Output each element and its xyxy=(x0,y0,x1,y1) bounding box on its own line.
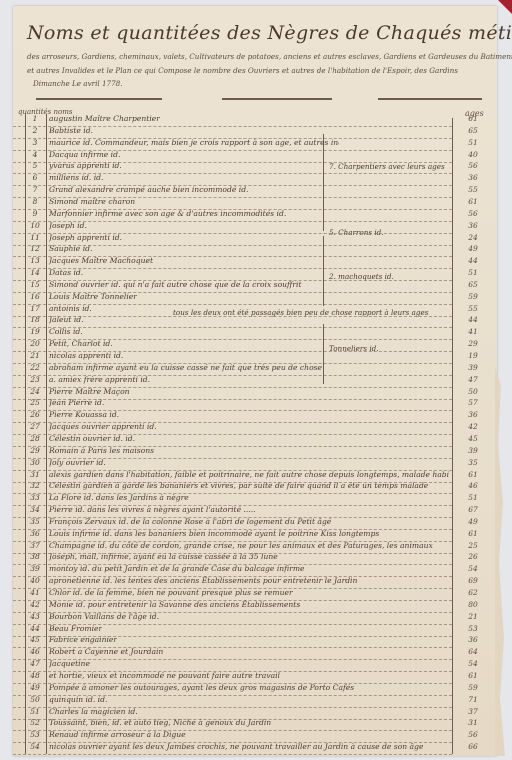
row-number: 20 xyxy=(25,339,45,348)
row-name: Louis infirme id. dans les bananiers bie… xyxy=(49,529,379,538)
row-name: quinquin id. id. xyxy=(49,695,107,704)
row-name: Robert a Cayenne et Jourdain xyxy=(49,647,163,656)
row-age: 47 xyxy=(458,375,488,384)
row-name: Louis Maître Tonnelier xyxy=(49,292,137,301)
row-name: maurice id. Commandeur, mais bien je cro… xyxy=(49,138,339,147)
row-age: 69 xyxy=(458,576,488,585)
header-rule-center xyxy=(222,98,332,100)
subtitle-line-1: des arroseurs, Gardiens, cheminaux, vale… xyxy=(27,52,512,61)
row-number: 32 xyxy=(25,481,45,490)
row-age: 61 xyxy=(458,529,488,538)
row-name: apronetienne id. les tentes des anciens … xyxy=(49,576,357,585)
row-number: 52 xyxy=(25,718,45,727)
row-number: 28 xyxy=(25,434,45,443)
row-number: 13 xyxy=(25,256,45,265)
row-number: 7 xyxy=(25,185,45,194)
row-name: François Zervaux id. de la colonne Rose … xyxy=(49,517,331,526)
row-number: 8 xyxy=(25,197,45,206)
row-age: 57 xyxy=(458,398,488,407)
row-age: 67 xyxy=(458,505,488,514)
row-name: Simond maître charon xyxy=(49,197,135,206)
manuscript-page: Noms et quantitées des Nègres de Chaqués… xyxy=(13,6,497,756)
row-number: 54 xyxy=(25,742,45,751)
row-name: montoy id. du petit Jardin et de la gran… xyxy=(49,564,305,573)
row-name: Petit, Charlot id. xyxy=(49,339,113,348)
row-number: 18 xyxy=(25,315,45,324)
row-name: Joly ouvrier id. xyxy=(49,458,106,467)
row-name: Sauphie id. xyxy=(49,244,92,253)
row-age: 36 xyxy=(458,173,488,182)
row-name: Datas id. xyxy=(49,268,83,277)
row-number: 50 xyxy=(25,695,45,704)
row-number: 9 xyxy=(25,209,45,218)
row-age: 51 xyxy=(458,493,488,502)
row-number: 6 xyxy=(25,173,45,182)
row-age: 53 xyxy=(458,624,488,633)
row-number: 27 xyxy=(25,422,45,431)
row-age: 31 xyxy=(458,718,488,727)
row-name: Romain à Paris les maisons xyxy=(49,446,154,455)
row-name: Beau Fromier xyxy=(49,624,102,633)
row-number: 45 xyxy=(25,635,45,644)
row-age: 71 xyxy=(458,695,488,704)
row-number: 47 xyxy=(25,659,45,668)
row-name: nicolas apprenti id. xyxy=(49,351,123,360)
row-number: 42 xyxy=(25,600,45,609)
row-name: Fabrice engainier xyxy=(49,635,117,644)
row-name: Jacquetine xyxy=(49,659,90,668)
row-number: 34 xyxy=(25,505,45,514)
row-age: 26 xyxy=(458,552,488,561)
row-number: 41 xyxy=(25,588,45,597)
row-age: 62 xyxy=(458,588,488,597)
row-number: 16 xyxy=(25,292,45,301)
row-name: Célestin ouvrier id. id. xyxy=(49,434,135,443)
row-age: 59 xyxy=(458,292,488,301)
row-age: 19 xyxy=(458,351,488,360)
row-number: 31 xyxy=(25,470,45,479)
row-number: 2 xyxy=(25,126,45,135)
document-title: Noms et quantitées des Nègres de Chaqués… xyxy=(27,22,497,44)
row-age: 61 xyxy=(458,671,488,680)
row-age: 39 xyxy=(458,446,488,455)
row-number: 29 xyxy=(25,446,45,455)
row-age: 80 xyxy=(458,600,488,609)
row-age: 49 xyxy=(458,517,488,526)
row-name: Renaud infirme arroseur à la Digue xyxy=(49,730,186,739)
row-age: 41 xyxy=(458,327,488,336)
row-age: 56 xyxy=(458,161,488,170)
row-number: 48 xyxy=(25,671,45,680)
row-age: 39 xyxy=(458,363,488,372)
row-name: Joseph id. xyxy=(49,221,87,230)
row-number: 44 xyxy=(25,624,45,633)
row-number: 1 xyxy=(25,114,45,123)
row-age: 64 xyxy=(458,647,488,656)
row-number: 22 xyxy=(25,363,45,372)
row-number: 12 xyxy=(25,244,45,253)
row-age: 51 xyxy=(458,268,488,277)
row-age: 21 xyxy=(458,612,488,621)
row-name: abraham infirme ayant eu la cuisse cassé… xyxy=(49,363,322,372)
table-row: 54nicolas ouvrier ayant les deux Jambes … xyxy=(13,740,452,755)
row-name: Dacqua infirme id. xyxy=(49,150,120,159)
row-number: 37 xyxy=(25,541,45,550)
row-age: 36 xyxy=(458,221,488,230)
header-rule-right xyxy=(378,98,482,100)
row-number: 49 xyxy=(25,683,45,692)
row-name: Joseph apprenti id. xyxy=(49,233,122,242)
row-name: antoinis id. xyxy=(49,304,92,313)
row-age: 65 xyxy=(458,126,488,135)
row-number: 4 xyxy=(25,150,45,159)
row-number: 39 xyxy=(25,564,45,573)
row-age: 61 xyxy=(458,197,488,206)
row-name: et hortie, vieux et incommodé ne pouvant… xyxy=(49,671,280,680)
row-number: 24 xyxy=(25,387,45,396)
row-number: 30 xyxy=(25,458,45,467)
row-number: 26 xyxy=(25,410,45,419)
row-age: 40 xyxy=(458,150,488,159)
row-age: 54 xyxy=(458,659,488,668)
row-age: 25 xyxy=(458,541,488,550)
row-age: 35 xyxy=(458,458,488,467)
row-name: Marfonnier infirme avec son age & d'autr… xyxy=(49,209,286,218)
row-name: nicolas ouvrier ayant les deux Jambes cr… xyxy=(49,742,423,751)
row-age: 66 xyxy=(458,742,488,751)
row-number: 19 xyxy=(25,327,45,336)
row-age: 65 xyxy=(458,280,488,289)
row-number: 11 xyxy=(25,233,45,242)
row-age: 44 xyxy=(458,256,488,265)
row-name: Pierre id. dans les vivres à nègres ayan… xyxy=(49,505,256,514)
row-name: Joseph, mall, infirme, ayant eu la cuiss… xyxy=(49,552,278,561)
row-age: 42 xyxy=(458,422,488,431)
row-name: La Flore id. dans les Jardins à nègre xyxy=(49,493,189,502)
row-number: 35 xyxy=(25,517,45,526)
row-number: 14 xyxy=(25,268,45,277)
row-name: Jaleut id. xyxy=(49,315,84,324)
row-name: Célestin gardien à gardé les bananiers e… xyxy=(49,481,428,490)
row-name: Pompée à amoner les outourages, ayant le… xyxy=(49,683,354,692)
row-age: 59 xyxy=(458,683,488,692)
row-number: 17 xyxy=(25,304,45,313)
row-number: 3 xyxy=(25,138,45,147)
row-age: 49 xyxy=(458,244,488,253)
row-number: 10 xyxy=(25,221,45,230)
row-age: 61 xyxy=(458,114,488,123)
row-age: 36 xyxy=(458,410,488,419)
row-name: Jean Pierre id. xyxy=(49,398,104,407)
row-age: 24 xyxy=(458,233,488,242)
row-name: Chlor id. de la femme, bien ne pouvant p… xyxy=(49,588,293,597)
row-age: 45 xyxy=(458,434,488,443)
row-name: Babtiste id. xyxy=(49,126,93,135)
row-name: Pierre Maître Maçon xyxy=(49,387,130,396)
row-name: Grand alexandre crampé auche bien incomm… xyxy=(49,185,248,194)
row-number: 36 xyxy=(25,529,45,538)
row-number: 38 xyxy=(25,552,45,561)
row-name: a. amiex frère apprenti id. xyxy=(49,375,150,384)
row-number: 40 xyxy=(25,576,45,585)
row-number: 43 xyxy=(25,612,45,621)
row-name: Jacques ouvrier apprenti id. xyxy=(49,422,157,431)
row-number: 46 xyxy=(25,647,45,656)
row-name: Monie id. pour entretenir la Savanne des… xyxy=(49,600,300,609)
row-number: 5 xyxy=(25,161,45,170)
row-number: 33 xyxy=(25,493,45,502)
row-name: Champagne id. du côté de cordon, grande … xyxy=(49,541,433,550)
row-name: Toussaint, bien, id. et auto tieg, Niche… xyxy=(49,718,271,727)
row-name: Charles la magicien id. xyxy=(49,707,138,716)
folder-corner xyxy=(498,0,512,14)
row-age: 61 xyxy=(458,470,488,479)
row-name: Pierre Kouassa id. xyxy=(49,410,119,419)
row-number: 51 xyxy=(25,707,45,716)
row-age: 55 xyxy=(458,185,488,194)
row-name: Bourbon Vaillans de l'âge id. xyxy=(49,612,159,621)
row-age: 56 xyxy=(458,209,488,218)
row-number: 21 xyxy=(25,351,45,360)
row-name: yvarus apprenti id. xyxy=(49,161,122,170)
row-name: alexis gardien dans l'habitation, faible… xyxy=(49,470,449,479)
row-number: 25 xyxy=(25,398,45,407)
row-age: 46 xyxy=(458,481,488,490)
row-age: 51 xyxy=(458,138,488,147)
row-number: 23 xyxy=(25,375,45,384)
row-number: 15 xyxy=(25,280,45,289)
row-age: 56 xyxy=(458,730,488,739)
row-age: 37 xyxy=(458,707,488,716)
header-rule-left xyxy=(36,98,162,100)
row-age: 54 xyxy=(458,564,488,573)
age-column-rule xyxy=(452,118,453,754)
row-number: 53 xyxy=(25,730,45,739)
row-name: Simond ouvrier id. qui n'a fait autre ch… xyxy=(49,280,302,289)
row-name: milliens id. id. xyxy=(49,173,103,182)
row-name: augustin Maître Charpentier xyxy=(49,114,160,123)
subtitle-line-3: Dimanche Le avril 1778. xyxy=(33,79,123,88)
row-age: 36 xyxy=(458,635,488,644)
row-age: 55 xyxy=(458,304,488,313)
row-name: Collis id. xyxy=(49,327,83,336)
row-age: 29 xyxy=(458,339,488,348)
row-age: 50 xyxy=(458,387,488,396)
row-name: Jacques Maître Machoquet xyxy=(49,256,153,265)
row-age: 44 xyxy=(458,315,488,324)
subtitle-line-2: et autres Invalides et le Plan ce qui Co… xyxy=(27,66,458,75)
